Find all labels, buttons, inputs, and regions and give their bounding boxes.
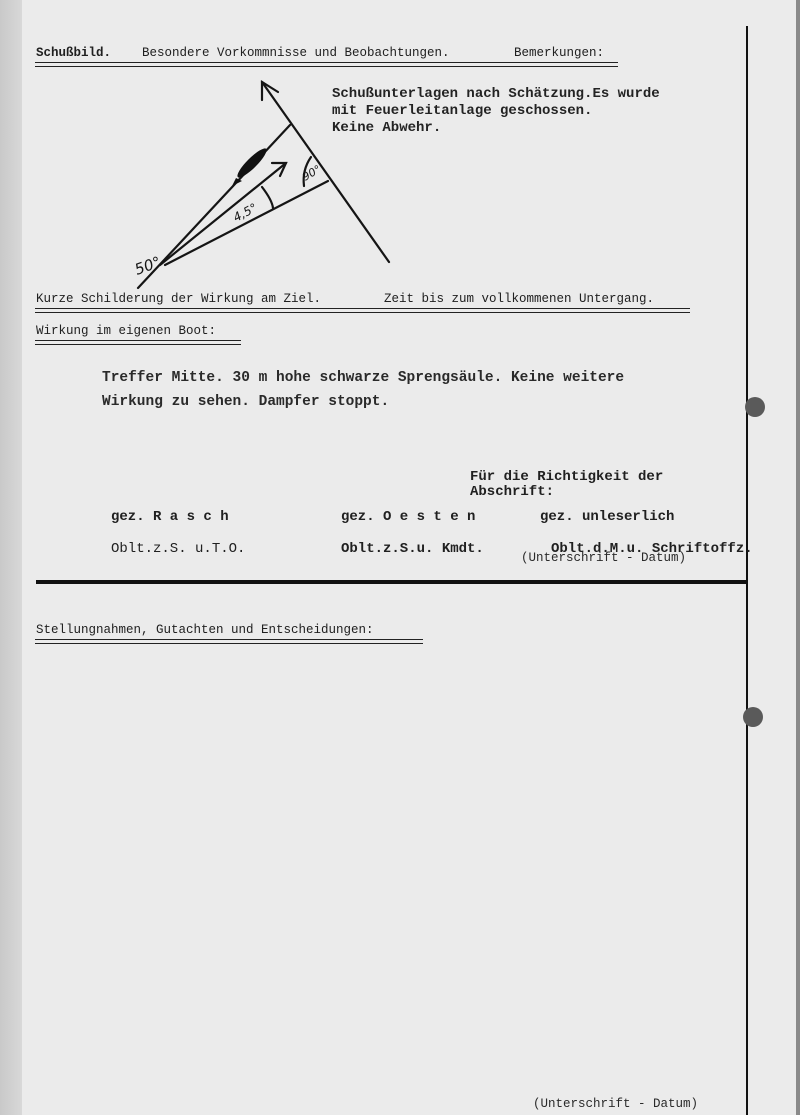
remarks-line-2: mit Feuerleitanlage geschossen. (332, 103, 592, 119)
effect-text: Treffer Mitte. 30 m hohe schwarze Spreng… (102, 366, 624, 414)
effect-line-2: Wirkung zu sehen. Dampfer stoppt. (102, 394, 389, 410)
signature-rank-oesten: Oblt.z.S.u. Kmdt. (341, 541, 484, 557)
certification-line-1: Für die Richtigkeit der (470, 469, 663, 485)
signature-caption-bottom: (Unterschrift - Datum) (533, 1097, 698, 1111)
effect-line-1: Treffer Mitte. 30 m hohe schwarze Spreng… (102, 370, 624, 386)
lead-line (160, 163, 286, 265)
remarks-line-1: Schußunterlagen nach Schätzung.Es wurde (332, 86, 660, 102)
heading-zeit-untergang: Zeit bis zum vollkommenen Untergang. (384, 292, 654, 306)
signature-name-unleserlich: gez. unleserlich (540, 509, 674, 525)
schilderung-underline (35, 308, 690, 313)
wirkung-boot-underline (35, 340, 241, 345)
target-course-arrowhead (262, 82, 278, 100)
signature-rank-rasch: Oblt.z.S. u.T.O. (111, 541, 245, 557)
firing-angle-label: 50° (132, 253, 163, 279)
remarks-text: Schußunterlagen nach Schätzung.Es wurde … (332, 86, 660, 137)
signature-name-rasch: gez. R a s c h (111, 509, 229, 525)
heading-stellungnahmen: Stellungnahmen, Gutachten und Entscheidu… (36, 623, 374, 637)
remarks-line-3: Keine Abwehr. (332, 120, 441, 136)
signature-caption-mid: (Unterschrift - Datum) (521, 551, 686, 565)
section-divider (36, 580, 748, 584)
heading-kurze-schilderung: Kurze Schilderung der Wirkung am Ziel. (36, 292, 321, 306)
stellungnahmen-underline (35, 639, 423, 644)
lead-angle-arc (262, 187, 273, 208)
heading-wirkung-boot: Wirkung im eigenen Boot: (36, 324, 216, 338)
certification-line-2: Abschrift: (470, 484, 554, 500)
signature-name-oesten: gez. O e s t e n (341, 509, 475, 525)
